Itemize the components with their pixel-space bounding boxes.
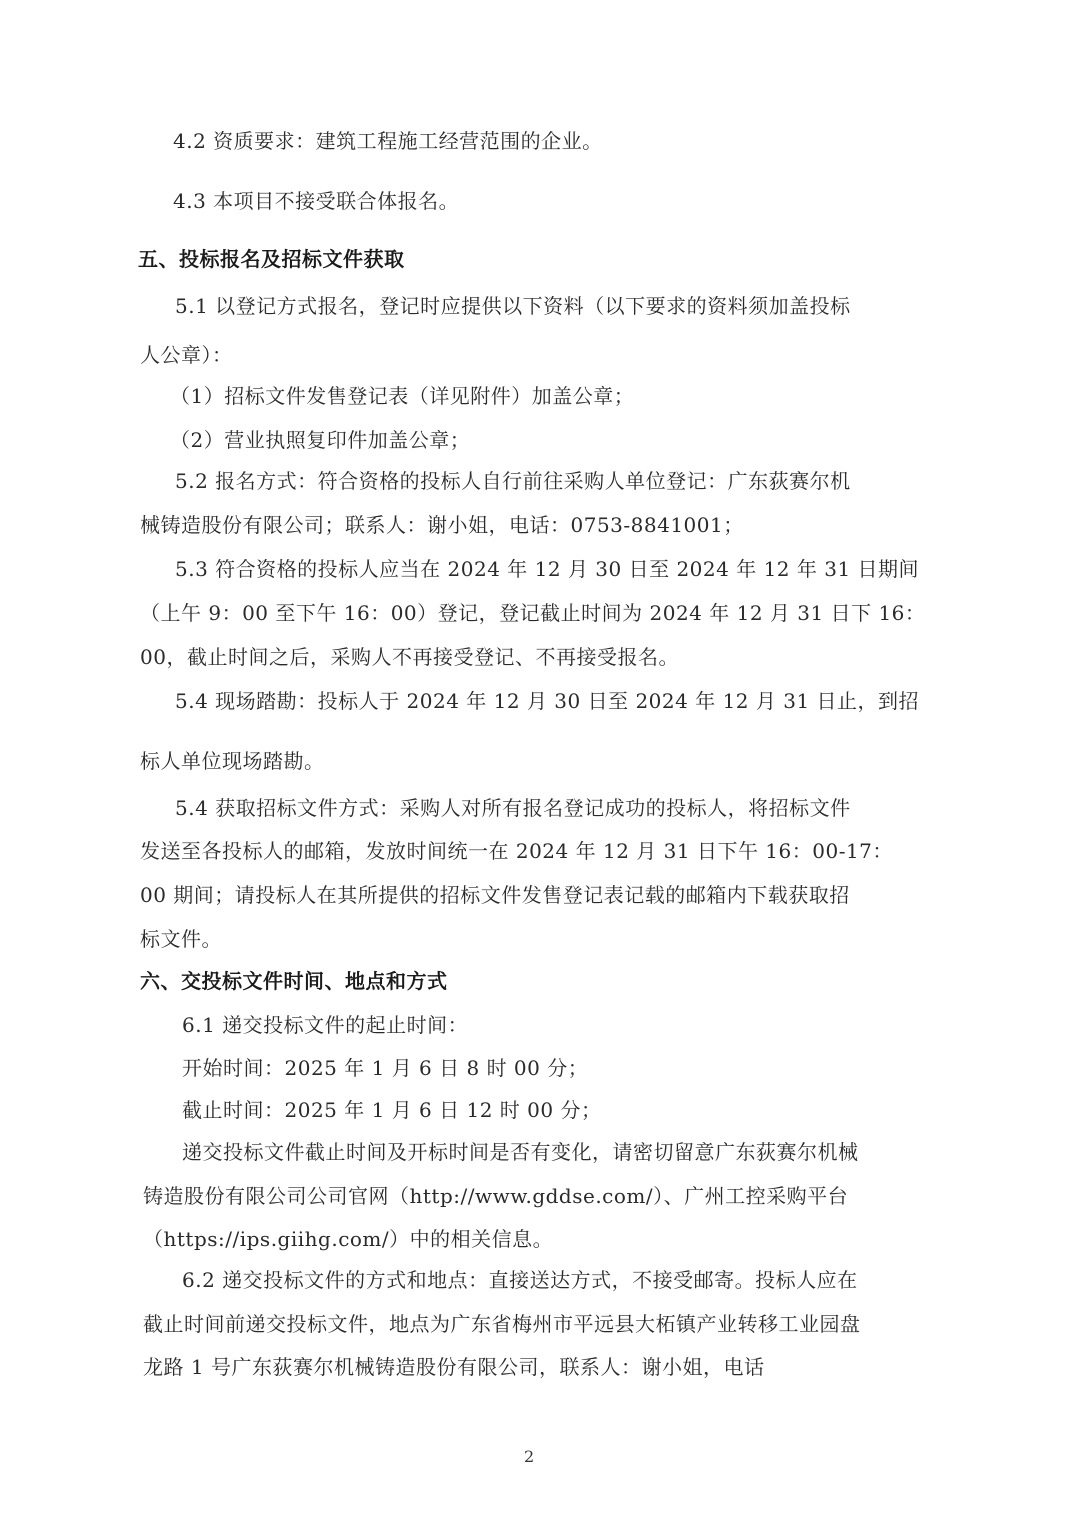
page-number: 2: [524, 1447, 534, 1466]
text-line: 械铸造股份有限公司；联系人：谢小姐，电话：0753-8841001；: [140, 512, 744, 538]
text-line: 递交投标文件截止时间及开标时间是否有变化，请密切留意广东荻赛尔机械: [182, 1139, 859, 1165]
text-line: 5.4 现场踏勘：投标人于 2024 年 12 月 30 日至 2024 年 1…: [175, 688, 919, 714]
text-line: 4.2 资质要求：建筑工程施工经营范围的企业。: [173, 128, 603, 154]
text-line: （上午 9：00 至下午 16：00）登记，登记截止时间为 2024 年 12 …: [140, 600, 925, 626]
text-line: （2）营业执照复印件加盖公章；: [170, 427, 470, 453]
section-heading: 五、投标报名及招标文件获取: [138, 246, 405, 272]
text-line: 4.3 本项目不接受联合体报名。: [173, 188, 459, 214]
text-line: 00 期间；请投标人在其所提供的招标文件发售登记表记载的邮箱内下载获取招: [140, 882, 850, 908]
text-line: 6.1 递交投标文件的起止时间：: [182, 1012, 468, 1038]
text-line: 5.3 符合资格的投标人应当在 2024 年 12 月 30 日至 2024 年…: [175, 556, 919, 582]
text-line: （1）招标文件发售登记表（详见附件）加盖公章；: [170, 383, 634, 409]
text-line: 铸造股份有限公司公司官网（http://www.gddse.com/）、广州工控…: [143, 1183, 848, 1209]
section-heading: 六、交投标文件时间、地点和方式: [140, 968, 448, 994]
text-line: 截止时间前递交投标文件，地点为广东省梅州市平远县大柘镇产业转移工业园盘: [143, 1311, 861, 1337]
text-line: 5.4 获取招标文件方式：采购人对所有报名登记成功的投标人，将招标文件: [175, 795, 851, 821]
text-line: （https://ips.giihg.com/）中的相关信息。: [143, 1226, 553, 1252]
text-line: 5.1 以登记方式报名，登记时应提供以下资料（以下要求的资料须加盖投标: [175, 293, 851, 319]
text-line: 人公章）：: [140, 342, 233, 368]
text-line: 开始时间：2025 年 1 月 6 日 8 时 00 分；: [182, 1055, 588, 1081]
text-line: 发送至各投标人的邮箱，发放时间统一在 2024 年 12 月 31 日下午 16…: [140, 838, 893, 864]
text-line: 5.2 报名方式：符合资格的投标人自行前往采购人单位登记：广东荻赛尔机: [175, 468, 851, 494]
text-line: 龙路 1 号广东荻赛尔机械铸造股份有限公司，联系人：谢小姐，电话: [143, 1354, 764, 1380]
text-line: 标文件。: [140, 926, 222, 952]
text-line: 截止时间：2025 年 1 月 6 日 12 时 00 分；: [182, 1097, 601, 1123]
text-line: 6.2 递交投标文件的方式和地点：直接送达方式，不接受邮寄。投标人应在: [182, 1267, 858, 1293]
text-line: 00，截止时间之后，采购人不再接受登记、不再接受报名。: [140, 644, 679, 670]
text-line: 标人单位现场踏勘。: [140, 748, 325, 774]
